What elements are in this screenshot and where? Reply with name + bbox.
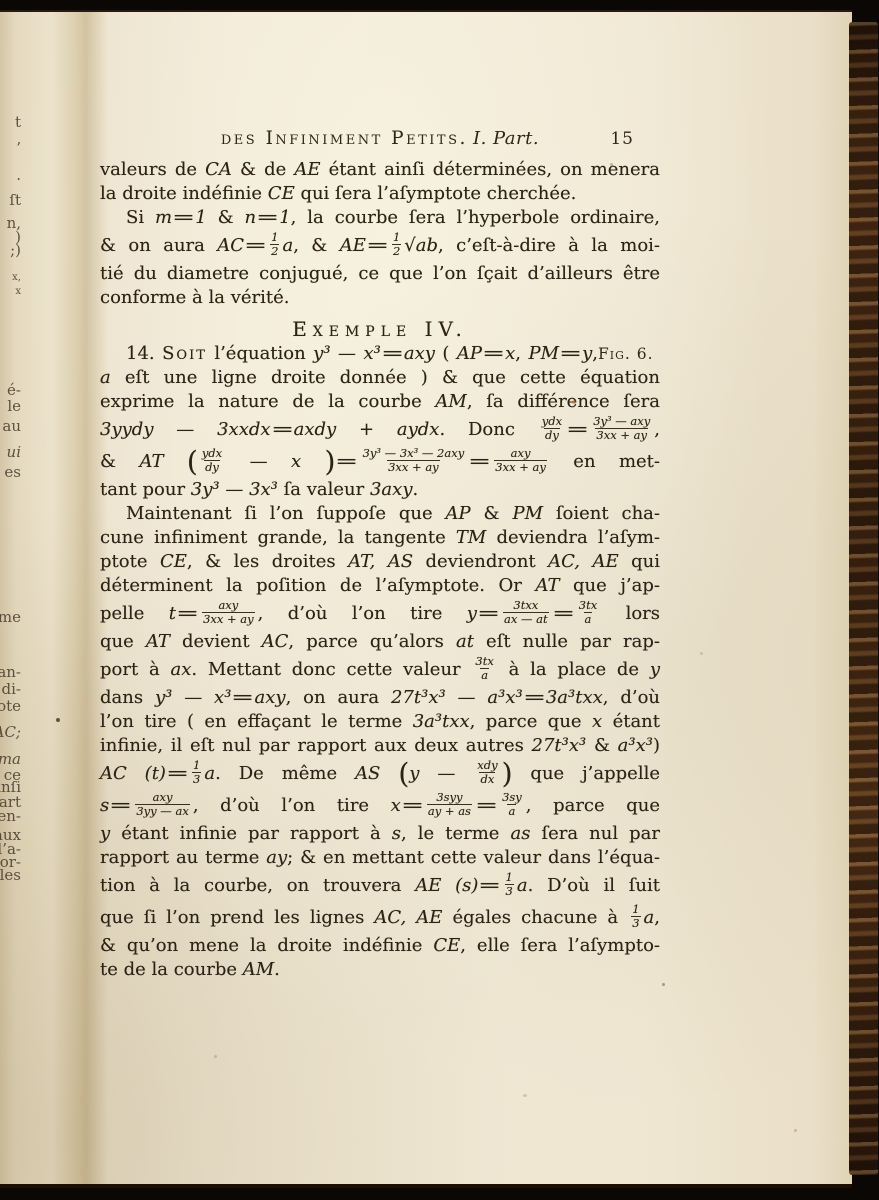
fraction-numerator: 1 — [392, 231, 401, 244]
text-run: , parce que — [526, 795, 660, 816]
text-run: , — [654, 907, 660, 928]
text-line: Maintenant ſi l’on ſuppoſe que AP & PM ſ… — [100, 502, 660, 526]
fraction-numerator: axy — [217, 599, 239, 612]
equals-sign: = — [477, 598, 500, 630]
text-run: ; & en mettant cette valeur dans l’équa- — [287, 847, 660, 868]
math-run: AC (t) — [100, 763, 166, 784]
text-run — [163, 451, 186, 472]
page-edge-fragment: ſt — [9, 191, 21, 209]
text-line: valeurs de CA & de AE étant ainſi déterm… — [100, 158, 660, 182]
math-run: AC, AE — [548, 551, 618, 572]
equals-sign: = — [475, 790, 498, 822]
equals-sign: = — [256, 206, 279, 230]
text-line: tant pour 3y³ — 3x³ ſa valeur 3axy. — [100, 478, 660, 502]
fraction-numerator: 3sy — [501, 791, 523, 804]
paragraph: Maintenant ſi l’on ſuppoſe que AP & PM ſ… — [100, 502, 660, 982]
text-run: & de — [232, 159, 294, 180]
fraction-numerator: axy — [510, 447, 532, 460]
fraction-denominator: dx — [479, 772, 495, 786]
text-line: exprime la nature de la courbe AM, ſa di… — [100, 390, 660, 414]
text-line: rapport au terme ay; & en mettant cette … — [100, 846, 660, 870]
fraction-denominator: 3 — [505, 884, 514, 898]
text-run: ſera nul par — [530, 823, 660, 844]
paper-speck — [662, 983, 665, 986]
text-run: dans — [100, 687, 155, 708]
page-edge-fragment: x, — [12, 272, 21, 283]
math-run: AT — [535, 575, 559, 596]
text-line: & on aura AC=12a, & AE=12√ab, c’eſt-à-di… — [100, 230, 660, 262]
fraction: 13 — [192, 759, 201, 785]
math-run: ax — [170, 659, 191, 680]
text-run — [380, 763, 398, 784]
fraction-denominator: dy — [204, 460, 220, 474]
paper-speck — [133, 948, 136, 951]
math-run: AM — [243, 959, 274, 980]
text-line: l’on tire ( en effaçant le terme 3a³txx,… — [100, 710, 660, 734]
page-edge-fragment: di- — [2, 680, 21, 698]
paper-speck — [572, 400, 576, 404]
fraction-numerator: 3y³ — axy — [592, 415, 651, 428]
text-run: étant ainſi déterminées, on menera — [321, 159, 660, 180]
equals-sign: = — [559, 342, 582, 366]
math-run: as — [510, 823, 530, 844]
text-run: & — [586, 735, 617, 756]
book-fore-edge — [849, 22, 878, 1175]
page-edge-fragment: es — [4, 463, 21, 481]
page-edge-fragment: ’ — [16, 139, 21, 157]
page-edge-fragment: au — [2, 417, 21, 435]
text-run: Si — [126, 207, 155, 228]
text-run: en met- — [550, 451, 660, 472]
text-run: que j’ap- — [559, 575, 660, 596]
text-run: tion à la courbe, on trouvera — [100, 875, 415, 896]
math-run: TM — [456, 527, 486, 548]
text-line: la droite indéfinie CE qui ſera l’aſympt… — [100, 182, 660, 206]
math-run: CE — [433, 935, 460, 956]
math-run: 27t³x³ — a³x³ — [391, 687, 523, 708]
equals-sign: = — [381, 342, 404, 366]
text-run: pelle — [100, 603, 169, 624]
math-run: a — [644, 907, 655, 928]
math-run: a — [282, 235, 293, 256]
text-run: tant pour — [100, 479, 191, 500]
text-run: , d’où l’on tire — [258, 603, 467, 624]
math-run: PM — [528, 343, 559, 364]
fraction: 3syyay + as — [427, 791, 472, 817]
equals-sign: = — [172, 206, 195, 230]
equals-sign: = — [468, 446, 491, 478]
fraction-denominator: dy — [544, 428, 560, 442]
fraction-denominator: a — [507, 804, 516, 818]
fraction-denominator: a — [584, 612, 593, 626]
math-run: CA — [205, 159, 232, 180]
text-run: que — [100, 631, 146, 652]
part-label: I. Part. — [473, 128, 539, 149]
math-run: AC — [217, 235, 244, 256]
fraction-denominator: 2 — [270, 244, 279, 258]
paragraph: 14. Soit l’équation y³ — x³=axy ( AP=x, … — [100, 342, 660, 502]
math-run: a — [517, 875, 528, 896]
text-run — [301, 451, 324, 472]
paragraph: valeurs de CA & de AE étant ainſi déterm… — [100, 158, 660, 206]
fraction: axy3yy — ax — [135, 791, 189, 817]
text-run: déterminent la poſition de l’aſymptote. … — [100, 575, 535, 596]
math-run: axy — [404, 343, 435, 364]
big-paren: ) — [502, 757, 513, 790]
math-run: CE — [160, 551, 187, 572]
math-run: a³x³ — [618, 735, 653, 756]
math-run: x — [505, 343, 515, 364]
fraction-numerator: ydx — [541, 415, 563, 428]
text-run: — — [419, 763, 473, 784]
fraction-numerator: xdy — [476, 759, 498, 772]
text-run: deviendra l’aſym- — [486, 527, 660, 548]
fraction-denominator: 3 — [631, 916, 640, 930]
text-run: qui ſera l’aſymptote cherchée. — [295, 183, 577, 204]
text-run: , elle ſera l’aſympto- — [460, 935, 660, 956]
math-run: x — [592, 711, 602, 732]
text-run: étant infinie par rapport à — [110, 823, 392, 844]
gutter-page-fragments: t’.ſtn,);)x,xé-leauuiesmean-di-oteAC;mac… — [0, 0, 24, 1200]
text-line: a eſt une ligne droite donnée ) & que ce… — [100, 366, 660, 390]
page-edge-fragment: x — [15, 286, 21, 297]
equals-sign: = — [244, 230, 267, 262]
page-edge-fragment: . — [16, 166, 21, 184]
equals-sign: = — [270, 414, 293, 446]
fraction-denominator: ay + as — [427, 804, 472, 818]
fraction-numerator: 1 — [631, 903, 640, 916]
math-run: s — [392, 823, 401, 844]
math-run: m — [155, 207, 172, 228]
fraction: 13 — [631, 903, 640, 929]
math-run: a — [100, 367, 111, 388]
text-run: eſt une ligne droite donnée ) & que cett… — [111, 367, 660, 388]
fraction-numerator: 1 — [505, 871, 514, 884]
text-run: que ſi l’on prend les lignes — [100, 907, 374, 928]
body-text: valeurs de CA & de AE étant ainſi déterm… — [100, 158, 660, 982]
text-line: ptote CE, & les droites AT, AS deviendro… — [100, 550, 660, 574]
fraction: 3sya — [501, 791, 523, 817]
paper-speck — [700, 652, 703, 655]
equals-sign: = — [231, 686, 254, 710]
fraction: ydxdy — [541, 415, 563, 441]
math-run: 3a³txx — [546, 687, 603, 708]
text-run: , — [515, 343, 528, 364]
text-run: valeurs de — [100, 159, 205, 180]
scanned-book-photo: des Infiniment Petits. I. Part. 15 Fig. … — [0, 0, 879, 1200]
text-run: , le terme — [401, 823, 510, 844]
math-run: 3yydy — 3xxdx — [100, 419, 271, 440]
text-run: , — [592, 343, 598, 364]
text-line: 3yydy — 3xxdx=axdy + aydx. Donc ydxdy=3y… — [100, 414, 660, 446]
math-run: PM — [512, 503, 543, 524]
math-run: AT, AS — [348, 551, 413, 572]
math-run: √ab — [404, 235, 438, 256]
text-run: , parce que — [470, 711, 592, 732]
page-edge-fragment: ote — [0, 697, 21, 715]
text-line: que AT devient AC, parce qu’alors at eſt… — [100, 630, 660, 654]
book-page: des Infiniment Petits. I. Part. 15 Fig. … — [0, 10, 852, 1188]
fraction-numerator: 1 — [192, 759, 201, 772]
text-run: Maintenant ſi l’on ſuppoſe que — [126, 503, 446, 524]
running-title: des Infiniment Petits. — [221, 128, 468, 149]
fraction-denominator: 3xx + ay — [387, 460, 440, 474]
text-line: déterminent la poſition de l’aſymptote. … — [100, 574, 660, 598]
fraction: 13 — [505, 871, 514, 897]
text-run: , on aura — [286, 687, 391, 708]
text-run: conforme à la vérité. — [100, 287, 290, 308]
text-run: te de la courbe — [100, 959, 243, 980]
equals-sign: = — [109, 790, 132, 822]
text-run: — — [226, 451, 291, 472]
text-run: . De même — [215, 763, 355, 784]
text-run: exprime la nature de la courbe — [100, 391, 435, 412]
math-run: at — [456, 631, 474, 652]
math-run: AE (s) — [415, 875, 478, 896]
fraction-numerator: 3tx — [474, 655, 494, 668]
big-paren: ( — [187, 445, 198, 478]
text-run: . — [413, 479, 419, 500]
equals-sign: = — [552, 598, 575, 630]
math-run: AE — [294, 159, 320, 180]
paper-speck — [214, 1055, 217, 1058]
fraction-denominator: a — [480, 668, 489, 682]
fraction-numerator: 3y³ — 3x³ — 2axy — [362, 447, 466, 460]
text-run: & on aura — [100, 235, 217, 256]
text-line: & AT (ydxdy — x )=3y³ — 3x³ — 2axy3xx + … — [100, 446, 660, 478]
text-line: tion à la courbe, on trouvera AE (s)=13a… — [100, 870, 660, 902]
text-run: . Donc — [439, 419, 537, 440]
paper-speck — [610, 163, 613, 166]
equals-sign: = — [166, 758, 189, 790]
text-run: , ſa différence ſera — [467, 391, 660, 412]
math-run: AE — [340, 235, 366, 256]
page-edge-fragment: ui — [7, 443, 21, 461]
text-run: ſoient cha- — [543, 503, 660, 524]
fraction-denominator: 3xx + ay — [494, 460, 547, 474]
text-run: port à — [100, 659, 170, 680]
math-run: y — [582, 343, 592, 364]
fraction: 12 — [270, 231, 279, 257]
text-line: conforme à la vérité. — [100, 286, 660, 310]
math-run: y — [467, 603, 477, 624]
math-run: axdy + aydx — [294, 419, 440, 440]
fraction: axy3xx + ay — [202, 599, 255, 625]
math-run: x — [391, 795, 401, 816]
text-run: . Mettant donc cette valeur — [191, 659, 471, 680]
text-run: la droite indéfinie — [100, 183, 268, 204]
math-run: axy — [255, 687, 286, 708]
equals-sign: = — [482, 342, 505, 366]
math-run: AC, AE — [374, 907, 442, 928]
fraction-numerator: ydx — [201, 447, 223, 460]
text-run: , c’eſt-à-dire à la moi- — [438, 235, 660, 256]
text-run: & qu’on mene la droite indéfinie — [100, 935, 433, 956]
text-run: eſt nulle par rap- — [474, 631, 660, 652]
fraction-numerator: 1 — [270, 231, 279, 244]
fraction: axy3xx + ay — [494, 447, 547, 473]
fraction-numerator: 3txx — [512, 599, 539, 612]
math-run: a — [204, 763, 215, 784]
big-paren: ( — [398, 757, 409, 790]
text-line: tié du diametre conjugué, ce que l’on ſç… — [100, 262, 660, 286]
fraction-denominator: 2 — [392, 244, 401, 258]
math-run: y — [409, 763, 419, 784]
math-run: x — [291, 451, 301, 472]
smallcaps-run: Soit — [162, 343, 207, 364]
equals-sign: = — [523, 686, 546, 710]
fraction: 12 — [392, 231, 401, 257]
text-run: cune infiniment grande, la tangente — [100, 527, 456, 548]
math-run: y — [650, 659, 660, 680]
math-run: 27t³x³ — [532, 735, 587, 756]
text-run: égales chacune à — [442, 907, 628, 928]
running-header: des Infiniment Petits. I. Part. 15 — [100, 128, 660, 154]
text-line: que ſi l’on prend les lignes AC, AE égal… — [100, 902, 660, 934]
fraction: 3txa — [474, 655, 494, 681]
text-run: ) — [653, 735, 660, 756]
text-run: l’on tire ( en effaçant le terme — [100, 711, 413, 732]
fraction-denominator: 3 — [192, 772, 201, 786]
text-run: à la place de — [498, 659, 650, 680]
math-run: 1 — [195, 207, 206, 228]
text-run: tié du diametre conjugué, ce que l’on ſç… — [100, 263, 660, 284]
text-line: AC (t)=13a. De même AS (y — xdydx) que j… — [100, 758, 660, 790]
text-line: dans y³ — x³=axy, on aura 27t³x³ — a³x³=… — [100, 686, 660, 710]
math-run: AP — [457, 343, 482, 364]
page-edge-fragment: t — [15, 113, 21, 131]
text-line: 14. Soit l’équation y³ — x³=axy ( AP=x, … — [100, 342, 660, 366]
text-line: cune infiniment grande, la tangente TM d… — [100, 526, 660, 550]
text-line: y étant infinie par rapport à s, le term… — [100, 822, 660, 846]
text-run: infinie, il eſt nul par rapport aux deux… — [100, 735, 532, 756]
math-run: AP — [446, 503, 471, 524]
text-line: & qu’on mene la droite indéfinie CE, ell… — [100, 934, 660, 958]
text-line: pelle t=axy3xx + ay, d’où l’on tire y=3t… — [100, 598, 660, 630]
fraction-denominator: 3yy — ax — [135, 804, 189, 818]
text-run: que j’appelle — [513, 763, 660, 784]
text-run: l’équation — [207, 343, 313, 364]
fraction: 3txxax — at — [503, 599, 549, 625]
math-run: AC — [262, 631, 289, 652]
math-run: 3y³ — 3x³ — [191, 479, 278, 500]
text-run: . — [274, 959, 280, 980]
page-edge-fragment: me — [0, 608, 21, 626]
page-edge-fragment: le — [7, 397, 21, 415]
text-run: deviendront — [413, 551, 548, 572]
fraction-numerator: 3syy — [435, 791, 463, 804]
text-line: Si m=1 & n=1, la courbe ſera l’hyperbole… — [100, 206, 660, 230]
text-run: & — [471, 503, 513, 524]
text-run: qui — [619, 551, 660, 572]
fraction-numerator: axy — [152, 791, 174, 804]
math-run: 3axy — [370, 479, 413, 500]
text-run: & — [207, 207, 245, 228]
equals-sign: = — [176, 598, 199, 630]
fraction: ydxdy — [201, 447, 223, 473]
text-run: , & — [293, 235, 340, 256]
page-edge-fragment: r les — [0, 866, 21, 884]
fraction: 3y³ — 3x³ — 2axy3xx + ay — [362, 447, 466, 473]
equals-sign: = — [366, 230, 389, 262]
paper-speck — [794, 1129, 797, 1132]
text-line: infinie, il eſt nul par rapport aux deux… — [100, 734, 660, 758]
fraction: 3txa — [578, 599, 598, 625]
text-run: étant — [602, 711, 660, 732]
text-run: , parce qu’alors — [288, 631, 456, 652]
math-run: AS — [355, 763, 380, 784]
fraction-denominator: 3xx + ay — [202, 612, 255, 626]
math-run: y³ — x³ — [155, 687, 231, 708]
fraction: 3y³ — axy3xx + ay — [592, 415, 651, 441]
page-edge-fragment: ;) — [10, 241, 21, 259]
math-run: AT — [146, 631, 170, 652]
text-line: te de la courbe AM. — [100, 958, 660, 982]
page-edge-fragment: eren- — [0, 807, 21, 825]
text-run: , la courbe ſera l’hyperbole ordinaire, — [291, 207, 660, 228]
section-heading: Exemple IV. — [100, 316, 660, 342]
text-run: 14. — [126, 343, 162, 364]
text-run: , d’où l’on tire — [193, 795, 391, 816]
equals-sign: = — [401, 790, 424, 822]
math-run: ay — [266, 847, 287, 868]
math-run: AT — [139, 451, 163, 472]
text-run: ptote — [100, 551, 160, 572]
fraction: xdydx — [476, 759, 498, 785]
math-run: 3a³txx — [413, 711, 470, 732]
fraction-denominator: ax — at — [503, 612, 549, 626]
text-line: port à ax. Mettant donc cette valeur 3tx… — [100, 654, 660, 686]
big-paren: ) — [325, 445, 336, 478]
page-edge-fragment: AC; — [0, 723, 21, 741]
text-run: , & les droites — [187, 551, 348, 572]
text-run: & — [100, 451, 139, 472]
text-run: ſa valeur — [278, 479, 370, 500]
page-number: 15 — [610, 129, 634, 149]
equals-sign: = — [335, 446, 358, 478]
paragraph: Si m=1 & n=1, la courbe ſera l’hyperbole… — [100, 206, 660, 310]
math-run: y³ — x³ — [313, 343, 381, 364]
fraction-numerator: 3tx — [578, 599, 598, 612]
math-run: CE — [268, 183, 295, 204]
text-run: , — [654, 419, 660, 440]
text-run: rapport au terme — [100, 847, 266, 868]
text-run: . D’où il ſuit — [528, 875, 660, 896]
math-run: n — [245, 207, 257, 228]
text-run: , d’où — [603, 687, 660, 708]
paper-speck — [523, 1094, 527, 1097]
math-run: 1 — [279, 207, 290, 228]
page-edge-fragment: an- — [0, 663, 21, 681]
equals-sign: = — [566, 414, 589, 446]
fraction-denominator: 3xx + ay — [595, 428, 648, 442]
text-line: s=axy3yy — ax, d’où l’on tire x=3syyay +… — [100, 790, 660, 822]
math-run: y — [100, 823, 110, 844]
equals-sign: = — [478, 870, 501, 902]
text-run: lors — [601, 603, 660, 624]
text-run: devient — [170, 631, 262, 652]
math-run: AM — [435, 391, 466, 412]
marginal-dot — [56, 718, 60, 722]
text-run: ( — [435, 343, 457, 364]
